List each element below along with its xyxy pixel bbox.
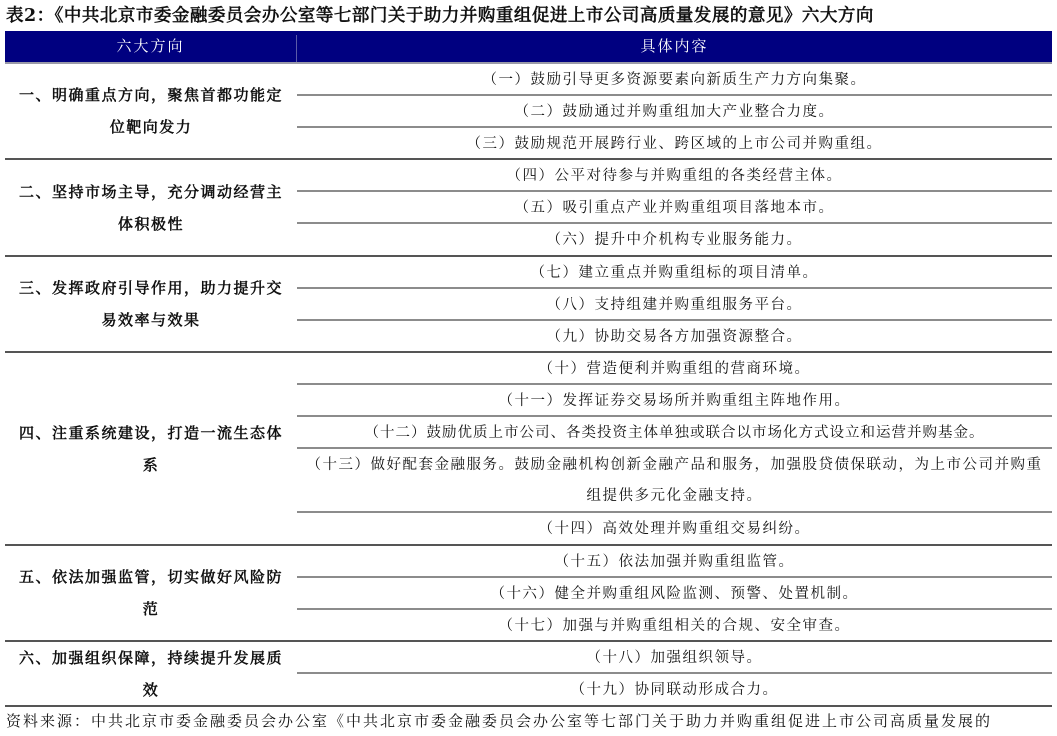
content-item: （九）协助交易各方加强资源整合。 [297,321,1052,353]
direction-cell: 五、依法加强监管，切实做好风险防范 [5,546,297,640]
direction-cell: 四、注重系统建设，打造一流生态体系 [5,353,297,544]
direction-label: 四、注重系统建设，打造一流生态体系 [11,417,291,481]
direction-cell: 六、加强组织保障，持续提升发展质效 [5,642,297,705]
header-content: 具体内容 [297,31,1052,62]
table-group-6: 六、加强组织保障，持续提升发展质效 （十八）加强组织领导。 （十九）协同联动形成… [5,642,1052,707]
content-item: （十二）鼓励优质上市公司、各类投资主体单独或联合以市场化方式设立和运营并购基金。 [297,417,1052,449]
directions-table: 一、明确重点方向，聚焦首都功能定位靶向发力 （一）鼓励引导更多资源要素向新质生产… [5,64,1052,707]
content-item: （二）鼓励通过并购重组加大产业整合力度。 [297,96,1052,128]
table-group-4: 四、注重系统建设，打造一流生态体系 （十）营造便利并购重组的营商环境。 （十一）… [5,353,1052,546]
content-item: （五）吸引重点产业并购重组项目落地本市。 [297,192,1052,224]
content-cell: （一）鼓励引导更多资源要素向新质生产力方向集聚。 （二）鼓励通过并购重组加大产业… [297,64,1052,160]
content-item: （八）支持组建并购重组服务平台。 [297,289,1052,321]
content-cell: （十五）依法加强并购重组监管。 （十六）健全并购重组风险监测、预警、处置机制。 … [297,546,1052,642]
direction-cell: 一、明确重点方向，聚焦首都功能定位靶向发力 [5,64,297,158]
content-item: （十八）加强组织领导。 [297,642,1052,674]
content-cell: （七）建立重点并购重组标的项目清单。 （八）支持组建并购重组服务平台。 （九）协… [297,257,1052,353]
direction-cell: 二、坚持市场主导，充分调动经营主体积极性 [5,160,297,255]
table-header: 六大方向 具体内容 [5,31,1052,64]
table-title: 表2：《中共北京市委金融委员会办公室等七部门关于助力并购重组促进上市公司高质量发… [6,3,874,29]
table-group-5: 五、依法加强监管，切实做好风险防范 （十五）依法加强并购重组监管。 （十六）健全… [5,546,1052,642]
content-item: （七）建立重点并购重组标的项目清单。 [297,257,1052,289]
content-item: （十六）健全并购重组风险监测、预警、处置机制。 [297,578,1052,610]
direction-label: 一、明确重点方向，聚焦首都功能定位靶向发力 [11,79,291,143]
content-item: （一）鼓励引导更多资源要素向新质生产力方向集聚。 [297,64,1052,96]
content-item: （四）公平对待参与并购重组的各类经营主体。 [297,160,1052,192]
direction-label: 二、坚持市场主导，充分调动经营主体积极性 [11,176,291,240]
content-item: （三）鼓励规范开展跨行业、跨区域的上市公司并购重组。 [297,128,1052,160]
content-item: （十）营造便利并购重组的营商环境。 [297,353,1052,385]
direction-label: 五、依法加强监管，切实做好风险防范 [11,561,291,625]
content-item: （六）提升中介机构专业服务能力。 [297,224,1052,256]
content-cell: （十八）加强组织领导。 （十九）协同联动形成合力。 [297,642,1052,706]
content-item: （十七）加强与并购重组相关的合规、安全审查。 [297,610,1052,642]
content-item: （十五）依法加强并购重组监管。 [297,546,1052,578]
table-group-2: 二、坚持市场主导，充分调动经营主体积极性 （四）公平对待参与并购重组的各类经营主… [5,160,1052,257]
content-cell: （四）公平对待参与并购重组的各类经营主体。 （五）吸引重点产业并购重组项目落地本… [297,160,1052,256]
content-cell: （十）营造便利并购重组的营商环境。 （十一）发挥证券交易场所并购重组主阵地作用。… [297,353,1052,545]
header-direction: 六大方向 [5,31,296,62]
table-group-1: 一、明确重点方向，聚焦首都功能定位靶向发力 （一）鼓励引导更多资源要素向新质生产… [5,64,1052,160]
table-group-3: 三、发挥政府引导作用，助力提升交易效率与效果 （七）建立重点并购重组标的项目清单… [5,257,1052,353]
direction-label: 三、发挥政府引导作用，助力提升交易效率与效果 [11,272,291,336]
source-note: 资料来源：中共北京市委金融委员会办公室《中共北京市委金融委员会办公室等七部门关于… [6,708,992,734]
direction-cell: 三、发挥政府引导作用，助力提升交易效率与效果 [5,257,297,351]
content-item: （十四）高效处理并购重组交易纠纷。 [297,513,1052,545]
content-item: （十一）发挥证券交易场所并购重组主阵地作用。 [297,385,1052,417]
content-item: （十三）做好配套金融服务。鼓励金融机构创新金融产品和服务，加强股贷债保联动，为上… [297,449,1052,513]
direction-label: 六、加强组织保障，持续提升发展质效 [11,642,291,706]
content-item: （十九）协同联动形成合力。 [297,674,1052,706]
